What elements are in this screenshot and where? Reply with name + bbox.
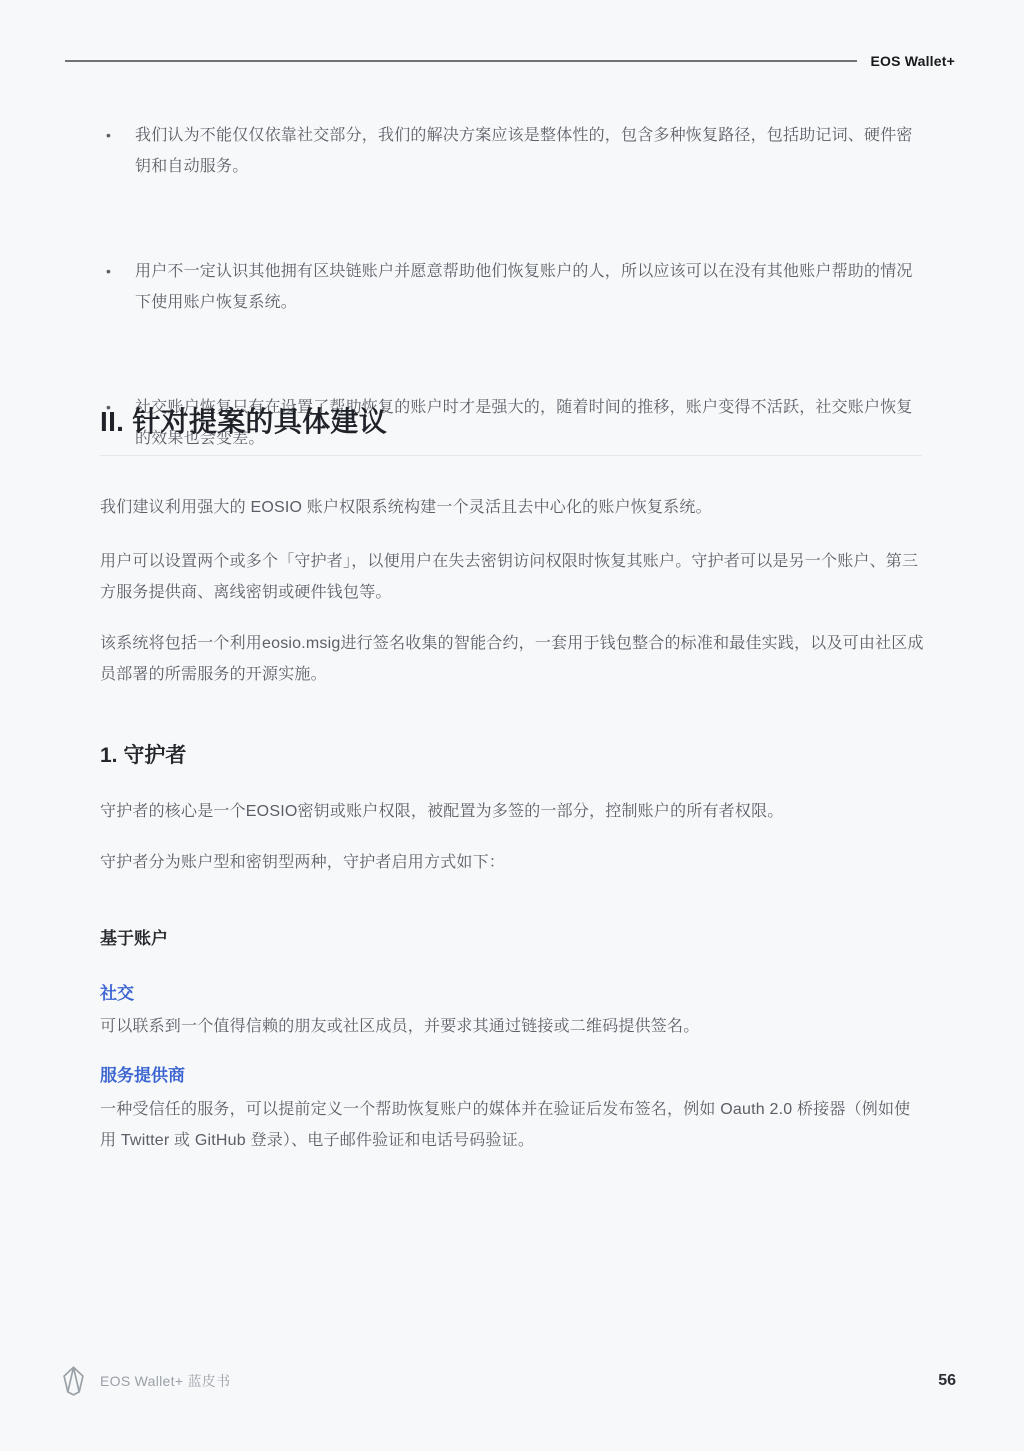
header-brand: EOS Wallet+ bbox=[870, 53, 955, 69]
method-label-service-provider: 服务提供商 bbox=[100, 1064, 924, 1088]
paragraph: 该系统将包括一个利用eosio.msig进行签名收集的智能合约，一套用于钱包整合… bbox=[100, 628, 924, 690]
bullet-text: 我们认为不能仅仅依靠社交部分，我们的解决方案应该是整体性的，包含多种恢复路径，包… bbox=[135, 127, 913, 175]
bullet-item: 用户不一定认识其他拥有区块链账户并愿意帮助他们恢复账户的人，所以应该可以在没有其… bbox=[100, 256, 924, 318]
paragraph: 守护者分为账户型和密钥型两种，守护者启用方式如下： bbox=[100, 847, 924, 878]
section-title: II. 针对提案的具体建议 bbox=[100, 403, 924, 441]
method-description: 可以联系到一个值得信赖的朋友或社区成员，并要求其通过链接或二维码提供签名。 bbox=[100, 1011, 924, 1042]
footer-brand: EOS Wallet+ 蓝皮书 bbox=[100, 1371, 230, 1391]
method-description: 一种受信任的服务，可以提前定义一个帮助恢复账户的媒体并在验证后发布签名，例如 O… bbox=[100, 1094, 924, 1156]
method-label-social: 社交 bbox=[100, 982, 924, 1006]
document-page: EOS Wallet+ 我们认为不能仅仅依靠社交部分，我们的解决方案应该是整体性… bbox=[0, 0, 1024, 1451]
eos-logo-icon bbox=[60, 1366, 87, 1396]
paragraph: 守护者的核心是一个EOSIO密钥或账户权限，被配置为多签的一部分，控制账户的所有… bbox=[100, 796, 924, 827]
page-header: EOS Wallet+ bbox=[65, 53, 955, 69]
bullet-text: 用户不一定认识其他拥有区块链账户并愿意帮助他们恢复账户的人，所以应该可以在没有其… bbox=[135, 263, 913, 311]
page-number: 56 bbox=[938, 1372, 956, 1390]
bullet-item: 我们认为不能仅仅依靠社交部分，我们的解决方案应该是整体性的，包含多种恢复路径，包… bbox=[100, 120, 924, 182]
account-based-title: 基于账户 bbox=[100, 927, 924, 951]
page-footer: EOS Wallet+ 蓝皮书 56 bbox=[60, 1366, 956, 1396]
paragraph: 用户可以设置两个或多个「守护者」，以便用户在失去密钥访问权限时恢复其账户。守护者… bbox=[100, 546, 924, 608]
subsection-title: 1. 守护者 bbox=[100, 741, 924, 771]
paragraph: 我们建议利用强大的 EOSIO 账户权限系统构建一个灵活且去中心化的账户恢复系统… bbox=[100, 492, 924, 523]
header-divider bbox=[65, 60, 857, 62]
section-divider bbox=[100, 455, 922, 456]
